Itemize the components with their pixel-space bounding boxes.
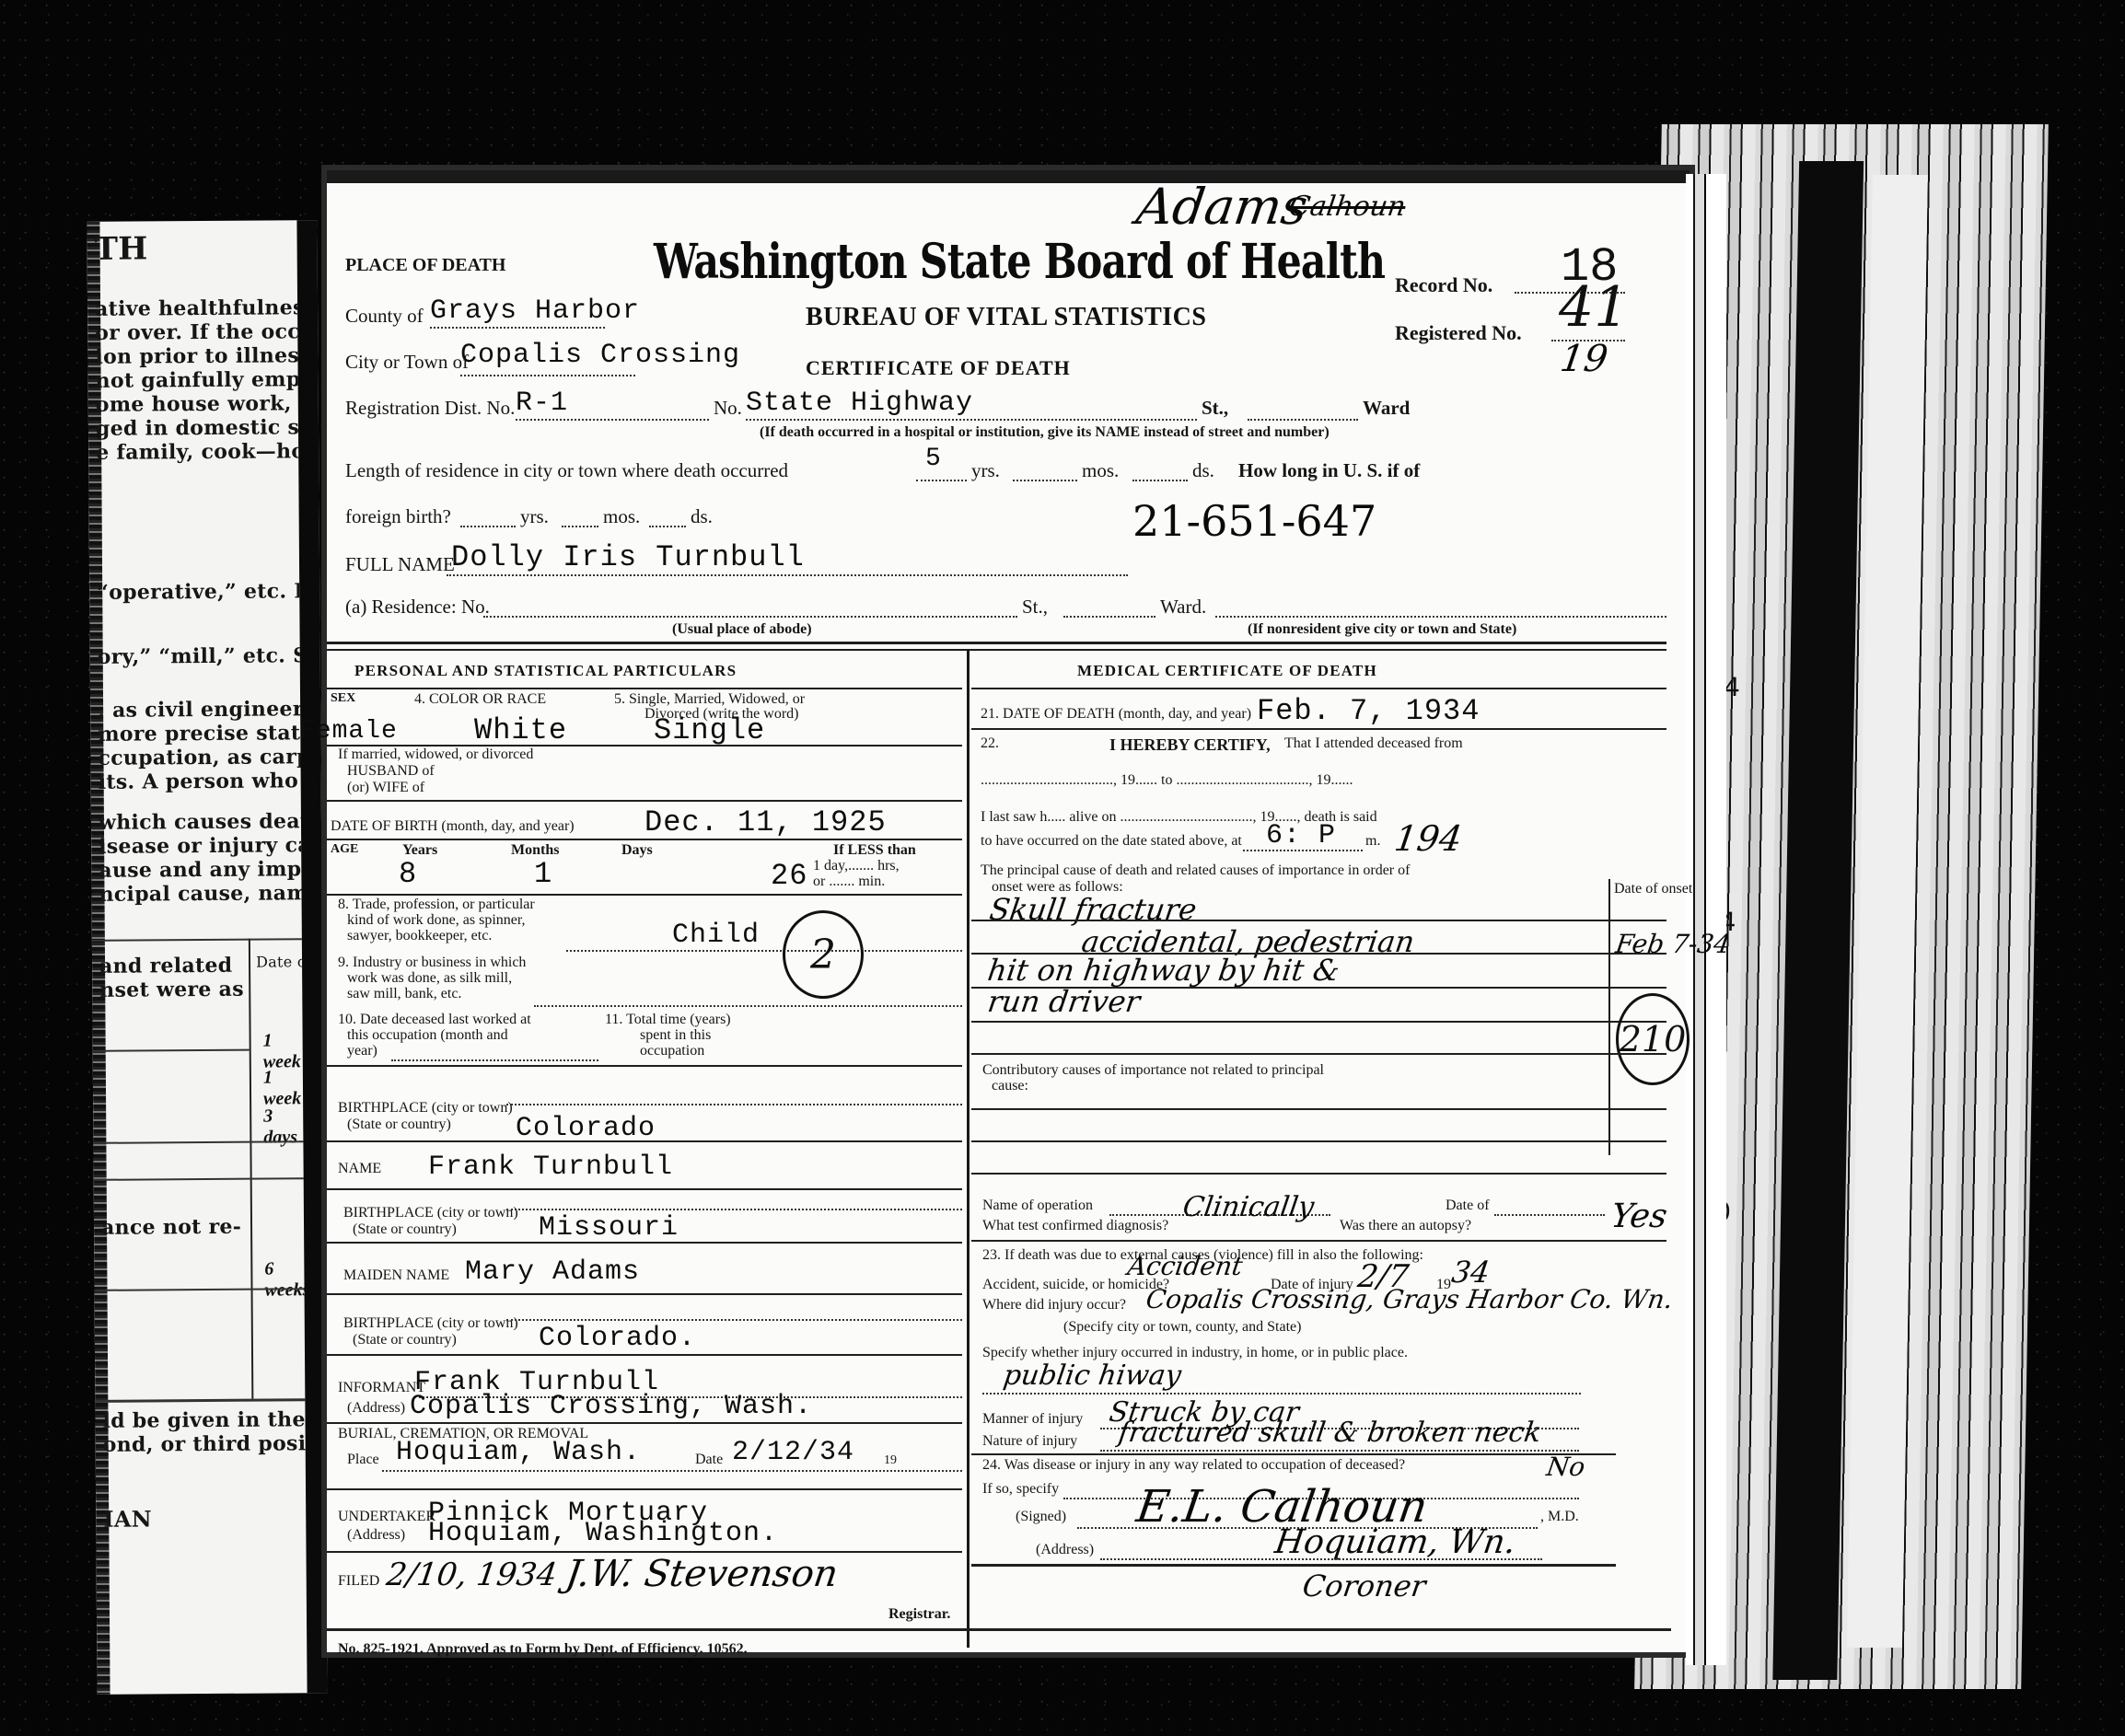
less-than-hrs: 1 day,....... hrs,: [813, 858, 900, 874]
burial-place: Hoquiam, Wash.: [396, 1437, 641, 1468]
section-divider: [327, 649, 1666, 651]
burial-date-label: Date: [695, 1452, 723, 1468]
strip-text: ance not re-: [101, 1215, 241, 1240]
reg-dist-label: Registration Dist. No.: [345, 397, 515, 420]
strip-text: IAN: [103, 1505, 152, 1532]
row-rule: [327, 894, 962, 896]
mos-rule: [1013, 480, 1077, 481]
strip-text: ond, or third position.: [103, 1431, 328, 1457]
cause-line: Skull fracture: [987, 892, 1199, 927]
residence-ward-label: Ward.: [1160, 596, 1206, 619]
where-value: Copalis Crossing, Grays Harbor Co. Wn.: [1144, 1284, 1675, 1314]
foreign-ds-rule: [649, 526, 686, 527]
registered-no-extra: 19: [1558, 338, 1610, 380]
strip-rule: [95, 1398, 325, 1403]
row-rule: [327, 1065, 962, 1067]
father-birthplace-label-2: (State or country): [353, 1221, 457, 1238]
industry-rule: [534, 1005, 962, 1007]
mother-birthplace-label-1: BIRTHPLACE (city or town): [343, 1315, 518, 1332]
age-years-value: 8: [399, 857, 417, 891]
strip-text: ory,” “mill,” etc. St: [98, 643, 318, 669]
mother-maiden-label: MAIDEN NAME: [343, 1267, 449, 1284]
birthplace-label-2: (State or country): [347, 1117, 451, 1133]
industry-label-1: 9. Industry or business in which: [338, 955, 526, 971]
ward-rule: [1248, 419, 1358, 421]
county-value: Grays Harbor: [430, 295, 640, 327]
informant-address-label: (Address): [347, 1400, 405, 1417]
row-rule: [971, 1240, 1666, 1242]
occupation-related-value: No: [1545, 1452, 1587, 1482]
diagnosis-label: What test confirmed diagnosis?: [982, 1218, 1168, 1234]
trade-label-3: sawyer, bookkeeper, etc.: [347, 928, 492, 944]
strip-text: e family, cook—ho: [96, 439, 305, 465]
manner-label: Manner of injury: [982, 1411, 1083, 1428]
trade-rule: [566, 950, 962, 952]
marital-value: Single: [654, 713, 765, 747]
top-annotation: Adams: [1133, 178, 1312, 236]
age-days-value: 26: [771, 859, 807, 893]
totaltime-label-1: 11. Total time (years): [605, 1012, 731, 1028]
autopsy-label: Was there an autopsy?: [1340, 1218, 1471, 1234]
row-rule: [327, 1188, 962, 1190]
undertaker-address-label: (Address): [347, 1527, 405, 1544]
issuer-title: Washington State Board of Health: [654, 234, 1385, 290]
age-months-value: 1: [534, 857, 552, 891]
registrar-label: Registrar.: [888, 1606, 950, 1623]
attended-from-line: ...................................., 19…: [981, 772, 1353, 789]
residence-years-rule: [916, 480, 967, 481]
onset-date: Feb 7-34: [1614, 929, 1733, 959]
nonresident-note: (If nonresident give city or town and St…: [1248, 621, 1516, 638]
strip-hand-entry: 1 week: [263, 1067, 303, 1109]
county-rule: [430, 327, 605, 329]
cause-line: hit on highway by hit &: [985, 953, 1341, 988]
form-footer: No. 825-1921. Approved as to Form by Dep…: [338, 1641, 748, 1658]
contributory-label-1: Contributory causes of importance not re…: [982, 1062, 1324, 1079]
strip-text: ome house work, wi: [96, 391, 325, 417]
strip-text: ative healthfulness: [95, 295, 316, 321]
contributory-label-2: cause:: [992, 1078, 1028, 1094]
cause-rule: [971, 1053, 1666, 1055]
residence-years: 5: [925, 445, 942, 473]
registrar-signature: J.W. Stevenson: [563, 1553, 841, 1595]
father-birthplace-value: Missouri: [539, 1212, 679, 1244]
ward-label: Ward: [1363, 397, 1410, 420]
date-onset-label: Date of onset: [1614, 881, 1692, 897]
place-type-rule: [982, 1393, 1581, 1395]
strip-text: more precise statem: [98, 721, 327, 746]
row-rule: [327, 688, 962, 689]
row-rule: [327, 1140, 962, 1142]
certify-bold: I HEREBY CERTIFY,: [1109, 735, 1271, 755]
undertaker-address: Hoquiam, Washington.: [428, 1518, 778, 1549]
strip-hand-entry: 6 weeks: [264, 1258, 309, 1301]
strip-text: not gainfully emplo: [96, 367, 323, 393]
undertaker-label: UNDERTAKER: [338, 1509, 435, 1525]
cause-rule: [971, 920, 1666, 921]
md-label: , M.D.: [1540, 1509, 1579, 1525]
totaltime-label-3: occupation: [640, 1043, 704, 1059]
registered-no-label: Registered No.: [1395, 321, 1522, 345]
row-rule: [327, 1242, 962, 1244]
strip-text: which causes death,: [99, 809, 328, 835]
ds-rule: [1132, 480, 1188, 481]
certify-rest: That I attended deceased from: [1284, 735, 1463, 752]
where-note: (Specify city or town, county, and State…: [1063, 1319, 1301, 1336]
totaltime-label-2: spent in this: [640, 1027, 711, 1044]
row-rule: [327, 1293, 962, 1295]
cause-line: run driver: [985, 984, 1142, 1019]
row-rule: [327, 839, 962, 840]
reg-dist-rule: [516, 419, 709, 421]
strip-text: its. A person who s: [99, 769, 318, 794]
lastwork-label-2: this occupation (month and: [347, 1027, 508, 1044]
strip-text: ccupation, as carpent: [98, 745, 327, 770]
lastwork-label-1: 10. Date deceased last worked at: [338, 1012, 531, 1028]
manner-type-label: Accident, suicide, or homicide?: [982, 1277, 1169, 1293]
foreign-mos-rule: [562, 526, 598, 527]
birthplace-rule: [506, 1104, 962, 1105]
informant-address: Copalis Crossing, Wash.: [410, 1391, 812, 1422]
residence-length-label: Length of residence in city or town wher…: [345, 459, 788, 482]
industry-label-3: saw mill, bank, etc.: [347, 986, 461, 1002]
strip-text: ion prior to illness.: [95, 343, 318, 369]
circled-mark: 2: [783, 910, 864, 999]
strip-date-col-label: Date of o: [256, 953, 326, 971]
physician-title: Coroner: [1300, 1568, 1427, 1603]
abode-note: (Usual place of abode): [672, 621, 812, 638]
spouse-label-2: HUSBAND of: [347, 763, 435, 780]
operation-date-rule: [1494, 1214, 1605, 1216]
street-value: State Highway: [746, 388, 973, 419]
where-label: Where did injury occur?: [982, 1297, 1126, 1314]
city-value: Copalis Crossing: [460, 340, 740, 371]
row-rule: [971, 1453, 1616, 1455]
physician-address: Hoquiam, Wn.: [1272, 1523, 1518, 1561]
street-rule: [746, 419, 1197, 421]
yrs-label: yrs.: [971, 459, 1000, 482]
nature-label: Nature of injury: [982, 1433, 1077, 1450]
strip-rule: [92, 938, 322, 942]
strip-column-rule: [249, 939, 253, 1399]
operation-label: Name of operation: [982, 1198, 1093, 1214]
dob-value: Dec. 11, 1925: [644, 805, 887, 839]
mother-name-value: Mary Adams: [465, 1256, 640, 1288]
filed-date: 2/10, 1934: [384, 1557, 559, 1593]
cause-rule: [971, 1021, 1666, 1023]
city-rule: [460, 375, 635, 376]
diagnosis-value: Clinically: [1181, 1191, 1317, 1223]
nonresident-rule: [1215, 616, 1666, 618]
strip-rule: [94, 1177, 324, 1181]
strip-text: isease or injury caus: [99, 833, 328, 859]
lastwork-label-3: year): [347, 1043, 377, 1059]
mother-birthplace-value: Colorado.: [539, 1323, 696, 1354]
occurred-label: to have occurred on the date stated abov…: [981, 833, 1242, 850]
margin-number: 194: [1392, 818, 1465, 859]
race-label: 4. COLOR OR RACE: [414, 691, 546, 708]
filed-label: FILED: [338, 1573, 379, 1590]
column-divider: [967, 649, 970, 1648]
street-st-label: St.,: [1202, 397, 1228, 420]
birthplace-label-1: BIRTHPLACE (city or town): [338, 1100, 513, 1117]
trade-value: Child: [672, 920, 760, 951]
strip-text: nset were as: [99, 978, 244, 1002]
burial-date: 2/12/34: [732, 1437, 854, 1468]
cert-right-edge: [1686, 174, 1726, 1665]
bureau-title: BUREAU OF VITAL STATISTICS: [806, 303, 1206, 332]
row-rule: [971, 1108, 1666, 1110]
death-certificate: Adams Calhoun PLACE OF DEATH Washington …: [327, 170, 1690, 1652]
strip-text: ged in domestic serv: [96, 415, 328, 441]
reg-dist-value: R-1: [516, 388, 568, 419]
residence-st-label: St.,: [1022, 596, 1048, 619]
specify-label: If so, specify: [982, 1481, 1059, 1498]
birthplace-value: Colorado: [516, 1113, 656, 1144]
burial-place-label: Place: [347, 1452, 379, 1468]
time-of-death: 6: P: [1266, 820, 1336, 851]
trade-label-2: kind of work done, as spinner,: [347, 912, 526, 929]
foreign-yrs-label: yrs.: [520, 505, 549, 528]
father-name-value: Frank Turnbull: [428, 1152, 673, 1183]
row-rule: [971, 1140, 1666, 1142]
registered-no-hand: 41: [1559, 275, 1629, 340]
hospital-note: (If death occurred in a hospital or inst…: [760, 424, 1330, 441]
top-annotation-struck: Calhoun: [1287, 191, 1408, 223]
mother-birthplace-label-2: (State or country): [353, 1332, 457, 1348]
less-than-min: or ....... min.: [813, 874, 885, 890]
residence-ward-rule: [1063, 616, 1155, 618]
personal-section-header: PERSONAL AND STATISTICAL PARTICULARS: [354, 662, 737, 680]
strip-text: or over. If the occ: [95, 319, 300, 345]
strip-text: , as civil engineer,: [98, 697, 309, 723]
foreign-yrs-rule: [460, 526, 516, 527]
strip-text: ause and any importa: [99, 857, 327, 883]
age-days-label: Days: [621, 842, 653, 859]
foreign-mos-label: mos.: [603, 505, 640, 528]
side-number: 21-651-647: [1132, 496, 1376, 546]
physician-address-label: (Address): [1036, 1542, 1094, 1558]
trade-label-1: 8. Trade, profession, or particular: [338, 897, 535, 913]
dod-label: 21. DATE OF DEATH (month, day, and year): [981, 706, 1251, 723]
row-rule: [327, 800, 962, 802]
full-name-value: Dolly Iris Turnbull: [451, 540, 805, 574]
full-name-label: FULL NAME: [345, 553, 455, 576]
spouse-label-3: (or) WIFE of: [347, 780, 424, 796]
m-label: m.: [1365, 833, 1380, 850]
full-name-rule: [447, 574, 1128, 576]
principal-cause-label-1: The principal cause of death and related…: [981, 862, 1410, 879]
burial-19-label: 19: [884, 1453, 897, 1468]
less-than-label: If LESS than: [833, 842, 916, 859]
nature-value: fractured skull & broken neck: [1117, 1417, 1544, 1449]
father-name-label: NAME: [338, 1161, 381, 1177]
strip-text: ncipal cause, name ot: [99, 881, 327, 907]
burial-rule: [382, 1470, 962, 1472]
city-label: City or Town of: [345, 351, 469, 374]
us-label: How long in U. S. if of: [1238, 459, 1420, 482]
father-birthplace-rule: [506, 1209, 962, 1210]
industry-label-2: work was done, as silk mill,: [347, 970, 512, 987]
certificate-title: CERTIFICATE OF DEATH: [806, 356, 1071, 380]
address-rule: [1100, 1558, 1542, 1560]
foreign-ds-label: ds.: [691, 505, 713, 528]
record-no-label: Record No.: [1395, 273, 1492, 297]
medical-section-header: MEDICAL CERTIFICATE OF DEATH: [1077, 662, 1377, 680]
mos-label: mos.: [1082, 459, 1119, 482]
sex-label: SEX: [331, 691, 355, 706]
age-label: AGE: [331, 842, 358, 857]
autopsy-value: Yes: [1608, 1198, 1669, 1235]
bottom-rule: [327, 1628, 1671, 1631]
strip-rule: [93, 1049, 250, 1052]
dod-value: Feb. 7, 1934: [1257, 694, 1480, 728]
father-birthplace-label-1: BIRTHPLACE (city or town): [343, 1205, 518, 1221]
mother-birthplace-rule: [506, 1319, 962, 1321]
row-rule: [971, 688, 1666, 689]
previous-page-strip: TH ative healthfulness or over. If the o…: [87, 220, 327, 1695]
row-rule: [971, 728, 1666, 730]
occupation-related-label: 24. Was disease or injury in any way rel…: [982, 1457, 1405, 1474]
signed-label: (Signed): [1016, 1509, 1066, 1525]
race-value: White: [474, 713, 567, 747]
nature-rule: [1100, 1450, 1579, 1452]
strip-text: ld be given in the orde: [102, 1407, 327, 1433]
place-type-value: public hiway: [1002, 1360, 1184, 1392]
county-label: County of: [345, 305, 424, 328]
dob-label: DATE OF BIRTH (month, day, and year): [331, 818, 575, 835]
street-no-label: No.: [714, 397, 742, 420]
ds-label: ds.: [1192, 459, 1214, 482]
sex-value: Female: [299, 717, 398, 746]
strip-heading: TH: [94, 230, 147, 267]
row-rule: [971, 1173, 1666, 1175]
section-divider: [327, 642, 1666, 644]
row-rule: [327, 1354, 962, 1356]
lastwork-rule: [391, 1059, 598, 1061]
circled-cause-code: 210: [1616, 993, 1690, 1085]
operation-date-label: Date of: [1446, 1198, 1490, 1214]
row-rule: [327, 1488, 962, 1490]
place-of-death-label: PLACE OF DEATH: [345, 255, 505, 276]
time-rule: [1243, 850, 1363, 851]
spouse-label-1: If married, widowed, or divorced: [338, 746, 533, 763]
row-rule: [327, 1422, 962, 1424]
residence-label: (a) Residence: No.: [345, 596, 490, 619]
row-rule: [971, 1564, 1616, 1567]
strip-text: “operative,” etc. Fi: [97, 579, 317, 605]
residence-rule: [483, 616, 1017, 618]
strip-text: and related: [99, 954, 233, 978]
foreign-birth-label: foreign birth?: [345, 505, 451, 528]
certify-number: 22.: [981, 735, 999, 752]
